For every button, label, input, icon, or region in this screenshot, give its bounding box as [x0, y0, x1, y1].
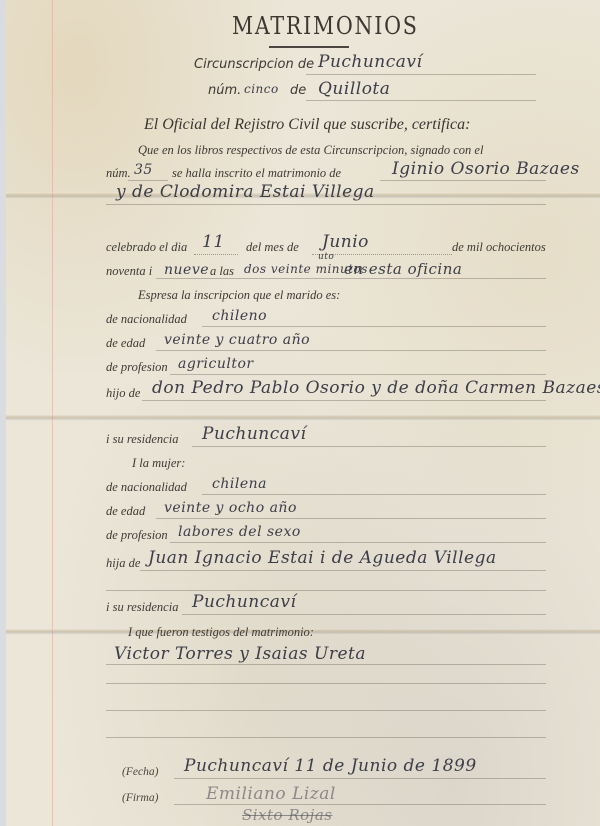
witnesses-value: Victor Torres y Isaias Ureta: [114, 644, 366, 664]
husband-intro: Espresa la inscripcion que el marido es:: [138, 288, 340, 303]
rule: [380, 180, 546, 181]
year-label-2: noventa i: [106, 264, 152, 279]
hora-label: a las: [210, 264, 234, 279]
title-underline: [269, 46, 349, 48]
witnesses-label: I que fueron testigos del matrimonio:: [128, 625, 314, 640]
hora-superscript: uto: [318, 252, 334, 262]
husband-edad-value: veinte y cuatro año: [164, 332, 310, 348]
rule: [170, 542, 546, 543]
husband-profesion-label: de profesion: [106, 360, 168, 375]
husband-nacionalidad-label: de nacionalidad: [106, 312, 187, 327]
hija-label: hija de: [106, 556, 140, 571]
hijo-label: hijo de: [106, 386, 140, 401]
certifica-heading: El Oficial del Rejistro Civil que suscri…: [144, 116, 470, 134]
fecha-label: (Fecha): [122, 766, 158, 778]
de-label: de: [290, 83, 306, 98]
mes-label: del mes de: [246, 240, 299, 255]
wife-profesion-value: labores del sexo: [178, 524, 301, 540]
rule: [156, 278, 546, 279]
inscription-num-label: núm.: [106, 166, 131, 181]
rule: [106, 710, 546, 711]
certificate-sheet: MATRIMONIOS Circunscripcion de Puchuncav…: [6, 0, 600, 826]
rule: [174, 804, 546, 805]
rule: [306, 100, 536, 101]
margin-line: [52, 0, 53, 826]
firma-label: (Firma): [122, 792, 158, 804]
inscription-num-value: 35: [134, 162, 153, 178]
husband-edad-label: de edad: [106, 336, 145, 351]
wife-intro: I la mujer:: [132, 456, 185, 471]
rule: [192, 446, 546, 447]
firma-rubric: Sixto Rojas: [242, 806, 332, 824]
circunscripcion-label: Circunscripcion de: [194, 57, 314, 72]
rule: [156, 350, 546, 351]
firma-signature: Emiliano Lizal: [206, 784, 336, 804]
rule: [170, 374, 546, 375]
groom-name: Iginio Osorio Bazaes: [392, 159, 580, 179]
rule: [106, 204, 546, 205]
de-value: Quillota: [318, 79, 390, 99]
wife-residencia-label: i su residencia: [106, 600, 178, 615]
husband-residencia-value: Puchuncaví: [202, 424, 306, 444]
fecha-value: Puchuncaví 11 de Junio de 1899: [184, 756, 477, 776]
wife-nacionalidad-value: chilena: [212, 476, 267, 492]
mes-value: Junio: [322, 232, 369, 252]
dia-label: celebrado el dia: [106, 240, 187, 255]
rule: [128, 180, 168, 181]
rule: [182, 614, 546, 615]
bride-line: y de Clodomira Estai Villega: [116, 182, 375, 202]
dotted-rule: [194, 254, 238, 255]
husband-residencia-label: i su residencia: [106, 432, 178, 447]
hija-value: Juan Ignacio Estai i de Agueda Villega: [148, 548, 497, 568]
rule: [174, 778, 546, 779]
wife-nacionalidad-label: de nacionalidad: [106, 480, 187, 495]
fold-line: [6, 414, 600, 421]
rule: [306, 74, 536, 75]
inscrito-label: se halla inscrito el matrimonio de: [172, 166, 341, 181]
year-value: nueve: [164, 262, 209, 278]
wife-edad-label: de edad: [106, 504, 145, 519]
rule: [106, 683, 546, 684]
rule: [106, 664, 546, 665]
rule: [202, 326, 546, 327]
place-value: en esta oficina: [344, 260, 462, 278]
intro-line: Que en los libros respectivos de esta Ci…: [138, 143, 483, 158]
rule: [140, 570, 546, 571]
dia-value: 11: [202, 232, 225, 252]
husband-profesion-value: agricultor: [178, 356, 254, 372]
husband-nacionalidad-value: chileno: [212, 308, 267, 324]
num-label: núm.: [208, 83, 241, 98]
document-title: MATRIMONIOS: [232, 12, 419, 40]
wife-profesion-label: de profesion: [106, 528, 168, 543]
wife-residencia-value: Puchuncaví: [192, 592, 296, 612]
rule: [106, 737, 546, 738]
rule: [156, 518, 546, 519]
wife-edad-value: veinte y ocho año: [164, 500, 297, 516]
rule: [106, 590, 546, 591]
num-value: cinco: [244, 82, 279, 96]
hijo-value: don Pedro Pablo Osorio y de doña Carmen …: [152, 378, 600, 398]
year-label-1: de mil ochocientos: [452, 240, 546, 255]
rule: [142, 400, 546, 401]
rule: [202, 494, 546, 495]
circunscripcion-value: Puchuncaví: [318, 52, 422, 72]
